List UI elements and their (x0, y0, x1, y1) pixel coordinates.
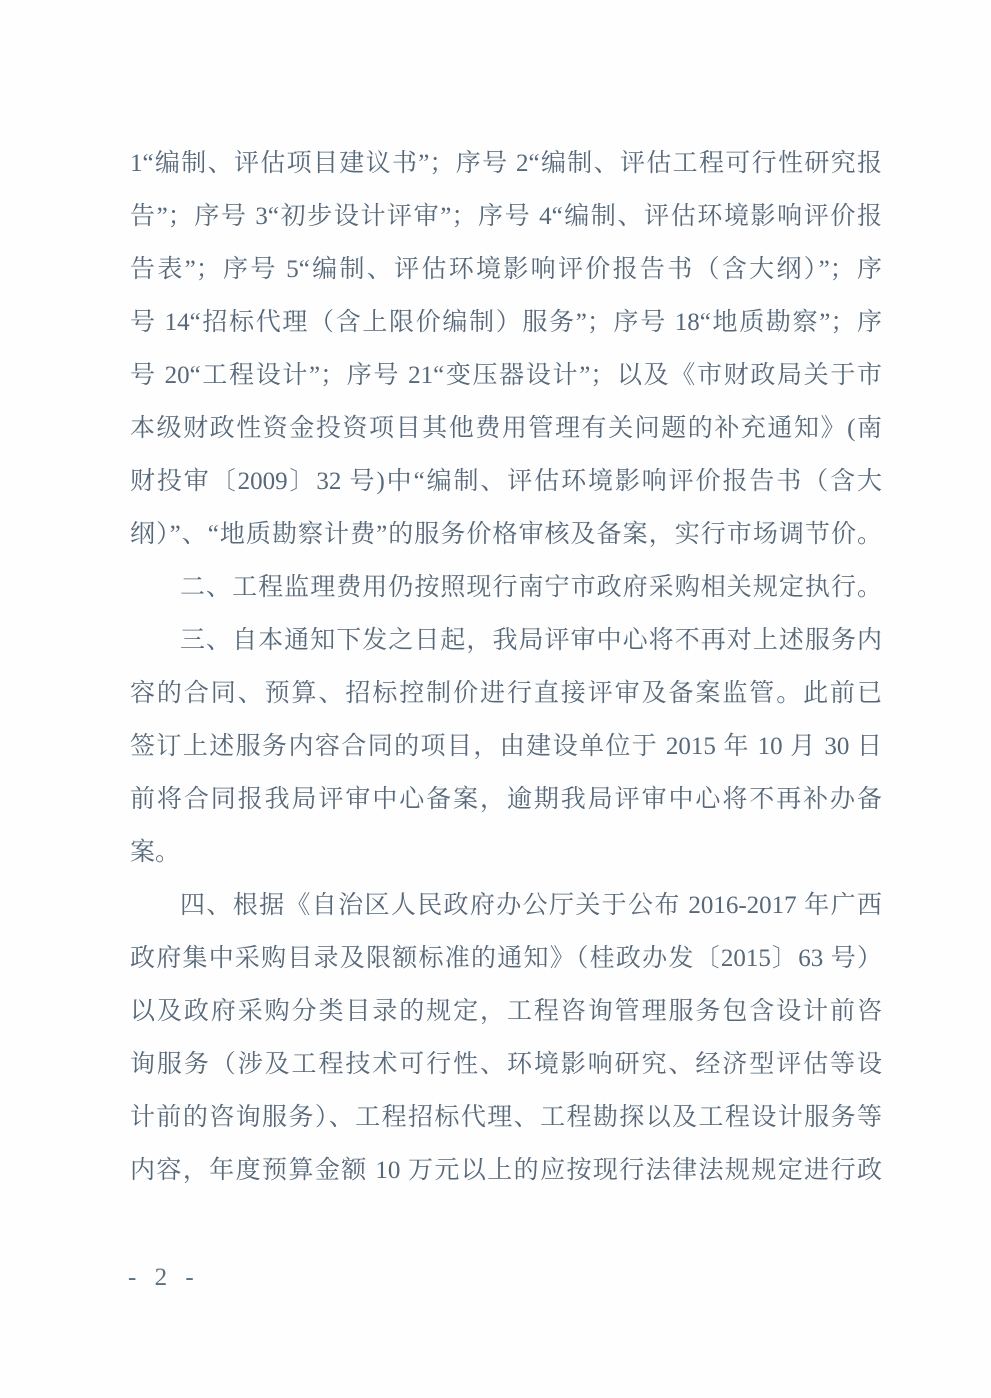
document-line: 签订上述服务内容合同的项目，由建设单位于 2015 年 10 月 30 日 (130, 720, 882, 773)
document-line: 容的合同、预算、招标控制价进行直接评审及备案监管。此前已 (130, 667, 882, 720)
document-line: 号 20“工程设计”；序号 21“变压器设计”；以及《市财政局关于市 (130, 349, 882, 402)
document-line: 询服务（涉及工程技术可行性、环境影响研究、经济型评估等设 (130, 1038, 882, 1091)
document-line: 以及政府采购分类目录的规定，工程咨询管理服务包含设计前咨 (130, 985, 882, 1038)
document-body: 1“编制、评估项目建议书”；序号 2“编制、评估工程可行性研究报 告”；序号 3… (130, 137, 882, 1197)
page-number: - 2 - (128, 1264, 200, 1292)
document-line: 1“编制、评估项目建议书”；序号 2“编制、评估工程可行性研究报 (130, 137, 882, 190)
document-page: 1“编制、评估项目建议书”；序号 2“编制、评估工程可行性研究报 告”；序号 3… (0, 0, 991, 1398)
document-line-paragraph-4-start: 四、根据《自治区人民政府办公厅关于公布 2016-2017 年广西 (130, 879, 882, 932)
document-line: 内容，年度预算金额 10 万元以上的应按现行法律法规规定进行政 (130, 1144, 882, 1197)
document-line: 告”；序号 3“初步设计评审”；序号 4“编制、评估环境影响评价报 (130, 190, 882, 243)
document-line: 本级财政性资金投资项目其他费用管理有关问题的补充通知》(南 (130, 402, 882, 455)
document-line: 政府集中采购目录及限额标准的通知》（桂政办发〔2015〕63 号） (130, 932, 882, 985)
document-line: 计前的咨询服务）、工程招标代理、工程勘探以及工程设计服务等 (130, 1091, 882, 1144)
document-line: 告表”；序号 5“编制、评估环境影响评价报告书（含大纲）”；序 (130, 243, 882, 296)
document-line: 前将合同报我局评审中心备案，逾期我局评审中心将不再补办备 (130, 773, 882, 826)
document-line: 纲）”、“地质勘察计费”的服务价格审核及备案，实行市场调节价。 (130, 508, 882, 561)
document-line-paragraph-2-start: 二、工程监理费用仍按照现行南宁市政府采购相关规定执行。 (130, 561, 882, 614)
document-line-paragraph-3-end: 案。 (130, 826, 882, 879)
document-line: 号 14“招标代理（含上限价编制）服务”；序号 18“地质勘察”；序 (130, 296, 882, 349)
document-line-paragraph-3-start: 三、自本通知下发之日起，我局评审中心将不再对上述服务内 (130, 614, 882, 667)
document-line: 财投审〔2009〕32 号)中“编制、评估环境影响评价报告书（含大 (130, 455, 882, 508)
